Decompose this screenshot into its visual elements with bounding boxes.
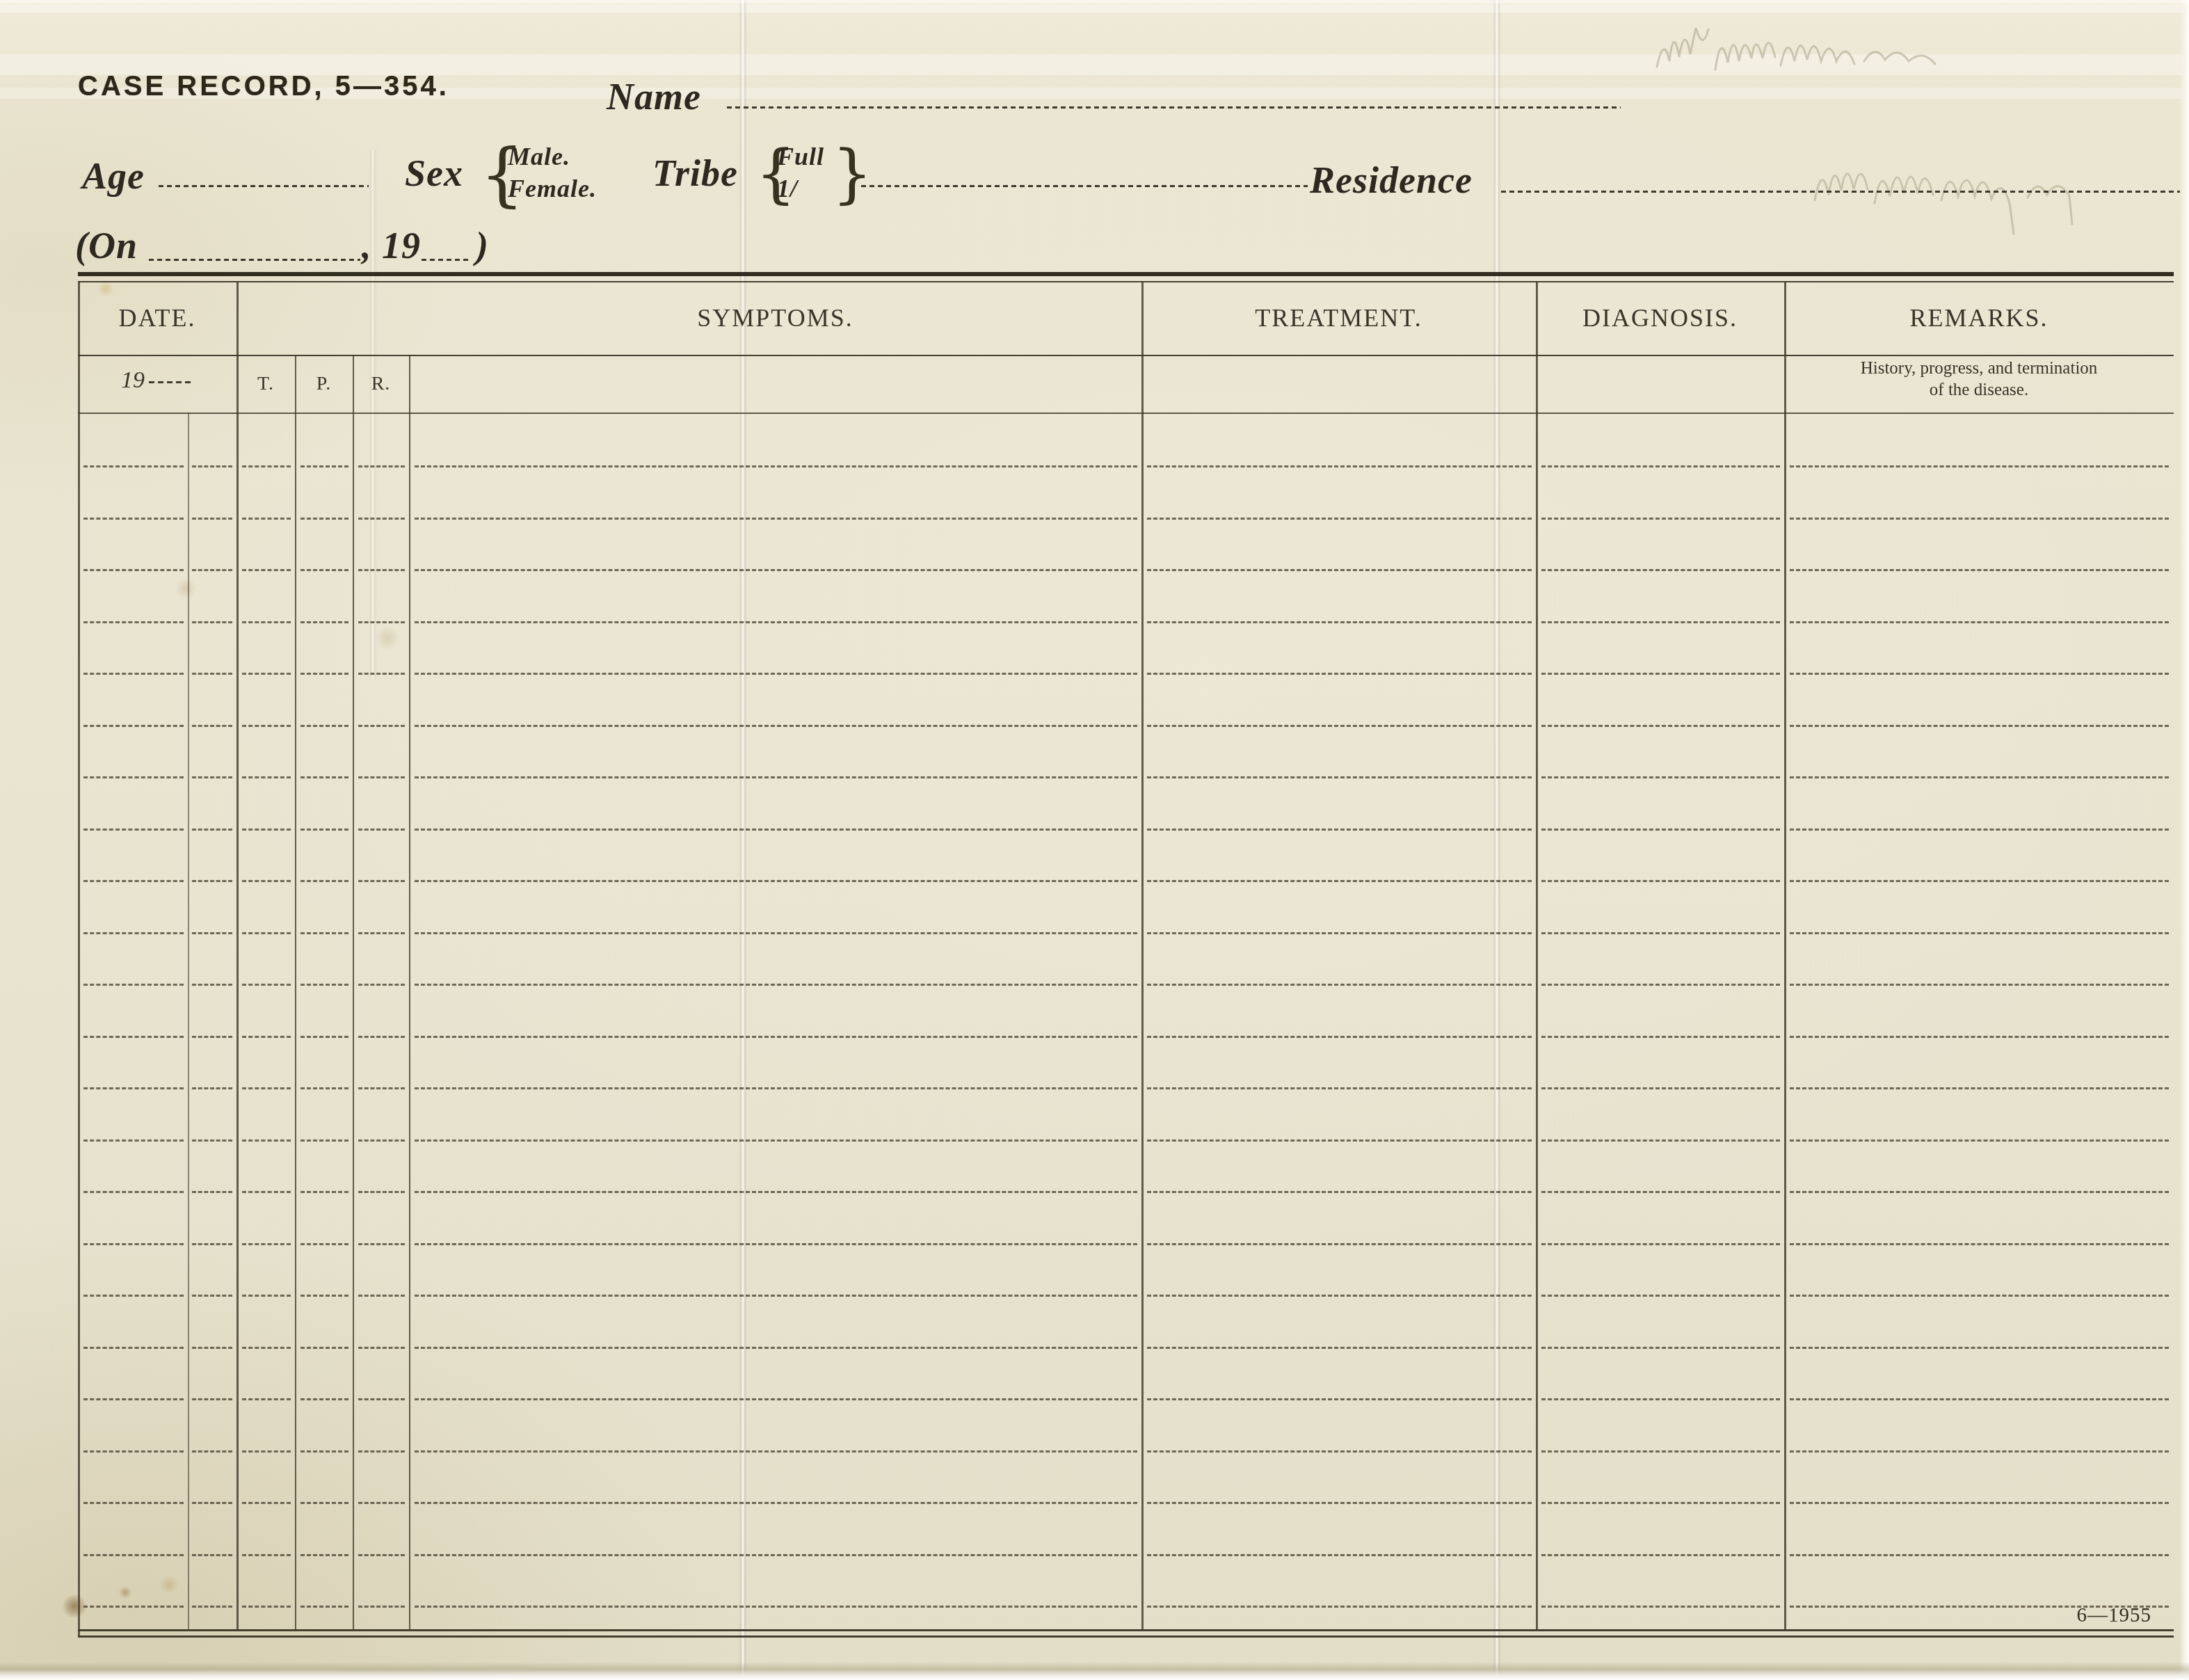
tribe-label: Tribe xyxy=(652,152,738,195)
row-line xyxy=(1790,1038,2169,1090)
form-number: 6—1955 xyxy=(1978,1604,2151,1627)
rows-respiration xyxy=(358,413,405,1629)
row-line xyxy=(1147,831,1532,883)
rows-temperature xyxy=(242,413,291,1629)
row-line xyxy=(1147,1245,1532,1297)
pencil-scribble xyxy=(1805,134,2118,245)
row-line xyxy=(415,1038,1137,1090)
stain xyxy=(97,281,114,296)
row-line xyxy=(358,1400,405,1453)
row-line xyxy=(1541,1142,1780,1194)
row-line xyxy=(83,623,184,675)
row-line xyxy=(192,1089,232,1142)
row-line xyxy=(192,623,232,675)
row-line xyxy=(358,1089,405,1142)
row-line xyxy=(300,934,348,986)
table-bottom-rule-2 xyxy=(78,1635,2174,1638)
row-line xyxy=(1147,571,1532,623)
row-line xyxy=(300,1556,348,1608)
row-line xyxy=(300,1038,348,1090)
row-line xyxy=(1147,727,1532,779)
row-line xyxy=(415,675,1137,727)
row-line xyxy=(358,1297,405,1349)
row-line xyxy=(1541,882,1780,934)
table-header-rule xyxy=(78,355,2174,356)
row-line xyxy=(192,1193,232,1245)
rows-date-right xyxy=(192,413,232,1629)
row-line xyxy=(358,520,405,572)
row-line xyxy=(358,1349,405,1401)
row-line xyxy=(242,831,291,883)
table-top-rule-thick xyxy=(78,272,2174,276)
row-line xyxy=(1147,1142,1532,1194)
pencil-scribble xyxy=(1649,13,2024,93)
row-line xyxy=(358,934,405,986)
row-line xyxy=(242,882,291,934)
remarks-note-line2: of the disease. xyxy=(1930,381,2028,399)
row-line xyxy=(242,1245,291,1297)
admitted-on-date-line xyxy=(149,259,360,261)
row-line xyxy=(242,1297,291,1349)
row-line xyxy=(1790,467,2169,520)
row-line xyxy=(192,1245,232,1297)
row-line xyxy=(242,1556,291,1608)
row-line xyxy=(1541,1038,1780,1090)
table-top-rule-thin xyxy=(78,281,2174,282)
row-line xyxy=(192,778,232,831)
row-line xyxy=(358,623,405,675)
row-line xyxy=(1790,1504,2169,1556)
row-line xyxy=(83,1245,184,1297)
row-line xyxy=(1147,467,1532,520)
row-line xyxy=(1541,727,1780,779)
column-header-diagnosis: DIAGNOSIS. xyxy=(1536,303,1784,333)
row-line xyxy=(358,413,405,467)
row-line xyxy=(1147,1400,1532,1453)
row-line xyxy=(1541,1297,1780,1349)
row-line xyxy=(1790,1245,2169,1297)
row-line xyxy=(358,1504,405,1556)
row-line xyxy=(358,571,405,623)
table-left-border xyxy=(78,281,80,1635)
row-line xyxy=(358,675,405,727)
row-line xyxy=(1147,1193,1532,1245)
row-line xyxy=(83,413,184,467)
row-line xyxy=(358,1038,405,1090)
paper-bottom-edge xyxy=(0,1662,2189,1680)
row-line xyxy=(83,1504,184,1556)
row-line xyxy=(242,1142,291,1194)
vitals-header-temperature: T. xyxy=(236,373,295,395)
row-line xyxy=(415,520,1137,572)
row-line xyxy=(358,882,405,934)
row-line xyxy=(358,727,405,779)
row-line xyxy=(192,571,232,623)
age-write-line xyxy=(159,185,369,187)
row-line xyxy=(415,1193,1137,1245)
row-line xyxy=(192,467,232,520)
row-line xyxy=(1147,986,1532,1038)
row-line xyxy=(242,1400,291,1453)
row-line xyxy=(192,831,232,883)
row-line xyxy=(358,1142,405,1194)
row-line xyxy=(83,1556,184,1608)
row-line xyxy=(1790,413,2169,467)
row-line xyxy=(1147,934,1532,986)
row-line xyxy=(300,467,348,520)
row-line xyxy=(1790,520,2169,572)
row-line xyxy=(83,571,184,623)
row-line xyxy=(192,986,232,1038)
row-line xyxy=(300,1142,348,1194)
row-line xyxy=(415,1142,1137,1194)
row-line xyxy=(1541,831,1780,883)
row-line xyxy=(358,1193,405,1245)
row-line xyxy=(358,778,405,831)
subheader-year-write-line xyxy=(149,381,193,383)
row-line xyxy=(415,986,1137,1038)
row-line xyxy=(300,727,348,779)
row-line xyxy=(300,831,348,883)
row-line xyxy=(242,727,291,779)
row-line xyxy=(83,1089,184,1142)
row-line xyxy=(83,675,184,727)
pulse-column-rule xyxy=(353,355,354,1629)
row-line xyxy=(300,413,348,467)
row-line xyxy=(192,1453,232,1505)
row-line xyxy=(1147,413,1532,467)
row-line xyxy=(192,882,232,934)
row-line xyxy=(1790,1349,2169,1401)
table-bottom-rule-1 xyxy=(78,1629,2174,1631)
row-line xyxy=(415,1089,1137,1142)
row-line xyxy=(83,831,184,883)
row-line xyxy=(83,1297,184,1349)
row-line xyxy=(1147,882,1532,934)
row-line xyxy=(415,413,1137,467)
residence-write-line xyxy=(1501,191,2180,193)
row-line xyxy=(1790,1297,2169,1349)
row-line xyxy=(242,1504,291,1556)
rows-diagnosis xyxy=(1541,413,1780,1629)
sex-label: Sex xyxy=(405,152,463,195)
row-line xyxy=(192,727,232,779)
row-line xyxy=(300,986,348,1038)
row-line xyxy=(415,882,1137,934)
row-line xyxy=(300,882,348,934)
row-line xyxy=(415,1453,1137,1505)
date-column-rule xyxy=(236,281,239,1629)
row-line xyxy=(300,520,348,572)
row-line xyxy=(242,1038,291,1090)
column-header-symptoms: SYMPTOMS. xyxy=(409,303,1141,333)
admitted-on-close: ) xyxy=(476,224,489,267)
row-line xyxy=(242,778,291,831)
rows-pulse xyxy=(300,413,348,1629)
row-line xyxy=(358,1556,405,1608)
row-line xyxy=(192,413,232,467)
row-line xyxy=(1147,1349,1532,1401)
row-line xyxy=(1541,1504,1780,1556)
row-line xyxy=(1541,1400,1780,1453)
row-line xyxy=(415,1504,1137,1556)
column-header-date: DATE. xyxy=(78,303,236,333)
row-line xyxy=(242,675,291,727)
row-line xyxy=(83,727,184,779)
row-line xyxy=(192,1504,232,1556)
row-line xyxy=(415,1245,1137,1297)
column-header-remarks: REMARKS. xyxy=(1784,303,2174,333)
row-line xyxy=(1541,1089,1780,1142)
row-line xyxy=(1541,467,1780,520)
row-line xyxy=(83,986,184,1038)
row-line xyxy=(83,882,184,934)
row-line xyxy=(1790,1400,2169,1453)
row-line xyxy=(192,934,232,986)
tribe-option-fraction: 1/ xyxy=(777,174,798,203)
row-line xyxy=(83,467,184,520)
row-line xyxy=(1147,1038,1532,1090)
row-line xyxy=(1790,727,2169,779)
row-line xyxy=(1147,1297,1532,1349)
row-line xyxy=(415,623,1137,675)
row-line xyxy=(192,1297,232,1349)
row-line xyxy=(1790,934,2169,986)
row-line xyxy=(300,1504,348,1556)
age-label: Age xyxy=(82,154,145,198)
row-line xyxy=(242,1089,291,1142)
row-line xyxy=(83,1349,184,1401)
row-line xyxy=(1541,413,1780,467)
row-line xyxy=(300,571,348,623)
row-line xyxy=(300,1453,348,1505)
row-line xyxy=(83,1193,184,1245)
tribe-option-full: Full xyxy=(777,142,824,171)
row-line xyxy=(300,778,348,831)
row-line xyxy=(300,1089,348,1142)
temperature-column-rule xyxy=(295,355,296,1629)
row-line xyxy=(1790,1453,2169,1505)
rows-remarks xyxy=(1790,413,2169,1629)
remarks-note: History, progress, and termination of th… xyxy=(1784,358,2174,401)
row-line xyxy=(192,1038,232,1090)
row-line xyxy=(1147,1556,1532,1608)
row-line xyxy=(415,778,1137,831)
row-line xyxy=(1790,675,2169,727)
row-line xyxy=(1541,986,1780,1038)
row-line xyxy=(1541,1245,1780,1297)
tribe-brace-close: } xyxy=(832,136,873,211)
row-line xyxy=(300,1245,348,1297)
row-line xyxy=(415,1297,1137,1349)
paper-right-edge xyxy=(2179,0,2189,1680)
row-line xyxy=(415,1556,1137,1608)
row-line xyxy=(300,675,348,727)
row-line xyxy=(83,934,184,986)
admitted-on-year-line xyxy=(422,259,472,261)
row-line xyxy=(1147,675,1532,727)
row-line xyxy=(242,623,291,675)
name-label: Name xyxy=(607,75,701,118)
row-line xyxy=(1790,623,2169,675)
row-line xyxy=(1541,520,1780,572)
row-line xyxy=(1541,623,1780,675)
row-line xyxy=(1541,1349,1780,1401)
row-line xyxy=(1147,1089,1532,1142)
row-line xyxy=(358,831,405,883)
row-line xyxy=(192,675,232,727)
scanner-light-band xyxy=(0,4,2189,13)
subheader-year: 19 xyxy=(78,367,236,394)
rows-treatment xyxy=(1147,413,1532,1629)
vitals-header-respiration: R. xyxy=(353,373,409,395)
sex-option-female: Female. xyxy=(508,174,597,203)
row-line xyxy=(300,1193,348,1245)
row-line xyxy=(415,831,1137,883)
remarks-note-line1: History, progress, and termination xyxy=(1861,359,2098,378)
row-line xyxy=(1147,1453,1532,1505)
row-line xyxy=(83,1038,184,1090)
sex-option-male: Male. xyxy=(508,142,570,171)
row-line xyxy=(1541,675,1780,727)
residence-label: Residence xyxy=(1310,159,1473,202)
row-line xyxy=(1790,1089,2169,1142)
row-line xyxy=(1541,778,1780,831)
row-line xyxy=(358,1453,405,1505)
row-line xyxy=(1147,520,1532,572)
row-line xyxy=(1541,1193,1780,1245)
treatment-column-rule xyxy=(1536,281,1538,1629)
row-line xyxy=(242,1349,291,1401)
row-line xyxy=(415,467,1137,520)
row-line xyxy=(415,934,1137,986)
column-header-treatment: TREATMENT. xyxy=(1141,303,1536,333)
row-line xyxy=(300,1400,348,1453)
row-line xyxy=(192,1556,232,1608)
row-line xyxy=(1790,778,2169,831)
row-line xyxy=(192,520,232,572)
symptoms-column-rule xyxy=(1141,281,1144,1629)
admitted-on-open: (On xyxy=(75,224,138,267)
row-line xyxy=(358,1245,405,1297)
row-line xyxy=(192,1400,232,1453)
row-line xyxy=(1790,1556,2169,1608)
row-line xyxy=(83,778,184,831)
row-line xyxy=(242,413,291,467)
row-line xyxy=(83,1142,184,1194)
row-line xyxy=(1790,986,2169,1038)
row-line xyxy=(192,1349,232,1401)
form-title: CASE RECORD, 5—354. xyxy=(78,71,449,102)
row-line xyxy=(1147,623,1532,675)
case-record-form-scan: CASE RECORD, 5—354. Name Age Sex { Male.… xyxy=(0,0,2189,1680)
row-line xyxy=(83,1400,184,1453)
row-line xyxy=(1790,882,2169,934)
row-line xyxy=(358,467,405,520)
row-line xyxy=(1147,1504,1532,1556)
row-line xyxy=(1541,571,1780,623)
vitals-header-pulse: P. xyxy=(295,373,353,395)
row-line xyxy=(242,1453,291,1505)
row-line xyxy=(415,727,1137,779)
row-line xyxy=(358,986,405,1038)
name-write-line xyxy=(727,106,1621,109)
row-line xyxy=(415,1349,1137,1401)
row-line xyxy=(300,1349,348,1401)
row-line xyxy=(415,1400,1137,1453)
row-line xyxy=(1541,934,1780,986)
row-line xyxy=(242,520,291,572)
rows-symptoms xyxy=(415,413,1137,1629)
row-line xyxy=(1790,831,2169,883)
row-line xyxy=(242,934,291,986)
row-line xyxy=(242,1193,291,1245)
row-line xyxy=(300,1297,348,1349)
date-subcolumn-rule xyxy=(188,413,189,1629)
admitted-on-year: , 19 xyxy=(362,224,421,267)
row-line xyxy=(242,571,291,623)
row-line xyxy=(1541,1556,1780,1608)
row-line xyxy=(300,623,348,675)
row-line xyxy=(192,1142,232,1194)
row-line xyxy=(1147,778,1532,831)
row-line xyxy=(242,467,291,520)
respiration-column-rule xyxy=(409,355,410,1629)
row-line xyxy=(415,571,1137,623)
row-line xyxy=(83,1453,184,1505)
row-line xyxy=(1790,1193,2169,1245)
paper-top-edge xyxy=(0,0,2189,3)
tribe-write-line xyxy=(861,185,1308,187)
row-line xyxy=(242,986,291,1038)
rows-date-left xyxy=(83,413,184,1629)
row-line xyxy=(1790,571,2169,623)
row-line xyxy=(1541,1453,1780,1505)
subheader-year-text: 19 xyxy=(121,367,145,393)
row-line xyxy=(83,520,184,572)
row-line xyxy=(1790,1142,2169,1194)
diagnosis-column-rule xyxy=(1784,281,1786,1629)
